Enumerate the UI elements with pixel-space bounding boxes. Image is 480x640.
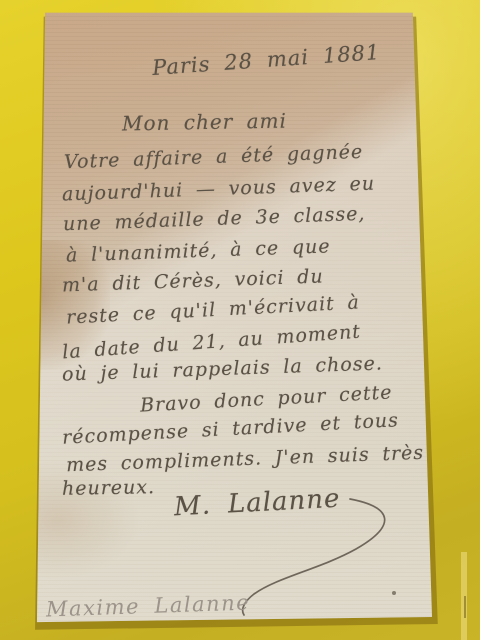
salutation: Mon cher ami xyxy=(122,109,287,136)
ink-dot xyxy=(392,591,396,595)
letter-paper: Paris 28 mai 1881 Mon cher ami Votre aff… xyxy=(0,0,480,640)
letter-photograph: Paris 28 mai 1881 Mon cher ami Votre aff… xyxy=(0,0,480,640)
closing-line: heureux. xyxy=(62,476,155,500)
background-crease-line xyxy=(464,596,466,618)
